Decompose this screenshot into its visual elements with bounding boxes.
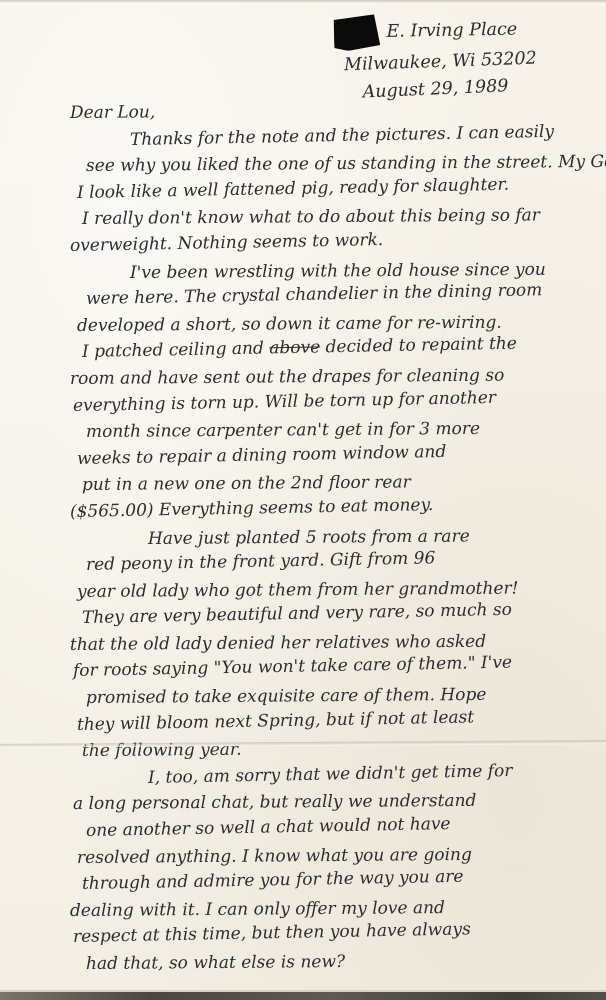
letter-page: E. Irving Place Milwaukee, Wi 53202 Augu… (0, 0, 606, 1000)
paper-top-edge (0, 0, 606, 3)
letter-body: Dear Lou, Thanks for the note and the pi… (70, 100, 560, 978)
struck-word: above (269, 338, 320, 359)
letter-header: E. Irving Place Milwaukee, Wi 53202 Augu… (333, 12, 537, 105)
line-text: I patched ceiling and (82, 339, 270, 363)
line-text: decided to repaint the (320, 334, 517, 358)
street-address: E. Irving Place (386, 17, 517, 46)
paper-bottom-edge (0, 992, 606, 1000)
letter-line: had that, so what else is new? (86, 947, 560, 977)
redaction-box (333, 14, 381, 51)
street-address-line: E. Irving Place (333, 12, 536, 51)
